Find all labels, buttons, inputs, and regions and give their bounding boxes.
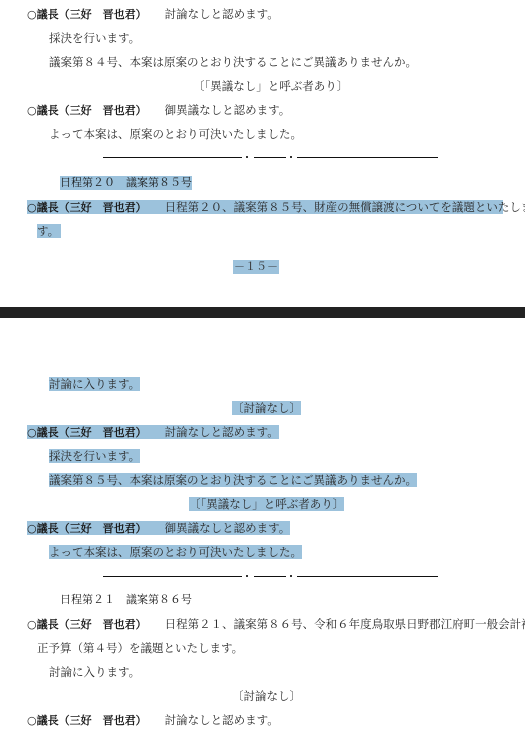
speech-line: ○議長（三好 晋也君）御異議なしと認めます。 bbox=[27, 103, 290, 117]
speaker-label: ○議長（三好 晋也君） bbox=[27, 714, 147, 727]
speech-line: ○議長（三好 晋也君）御異議なしと認めます。 bbox=[27, 521, 290, 535]
speaker-label: ○議長（三好 晋也君） bbox=[27, 201, 147, 214]
text-line-continuation: す。 bbox=[37, 224, 61, 238]
text-line: 採決を行います。 bbox=[49, 31, 140, 45]
text-line: 採決を行います。 bbox=[49, 449, 140, 463]
speech-text: 討論なしと認めます。 bbox=[165, 7, 279, 21]
agenda-heading: 日程第２１ 議案第８６号 bbox=[60, 593, 192, 607]
page-break bbox=[0, 307, 525, 318]
separator-line bbox=[297, 157, 438, 158]
speech-text: 御異議なしと認めます。 bbox=[165, 103, 291, 117]
text-line-continuation: 正予算（第４号）を議題といたします。 bbox=[37, 641, 243, 655]
text-line: 討論に入ります。 bbox=[49, 665, 140, 679]
agenda-heading: 日程第２０ 議案第８５号 bbox=[60, 176, 192, 190]
speech-text: 討論なしと認めます。 bbox=[165, 425, 279, 439]
text-line: よって本案は、原案のとおり可決いたしました。 bbox=[49, 545, 302, 559]
speech-text: 御異議なしと認めます。 bbox=[165, 521, 291, 535]
speaker-label: ○議長（三好 晋也君） bbox=[27, 104, 147, 117]
separator-dot bbox=[290, 156, 292, 158]
speech-line: ○議長（三好 晋也君）討論なしと認めます。 bbox=[27, 425, 279, 439]
document-page-15: ○議長（三好 晋也君）討論なしと認めます。 採決を行います。 議案第８４号、本案… bbox=[0, 0, 525, 307]
text-line: 議案第８４号、本案は原案のとおり決することにご異議ありませんか。 bbox=[49, 55, 417, 69]
page-number: －１５－ bbox=[233, 260, 279, 274]
speaker-label: ○議長（三好 晋也君） bbox=[27, 522, 147, 535]
separator-line bbox=[297, 576, 438, 577]
separator-dot bbox=[246, 156, 248, 158]
text-line: よって本案は、原案のとおり可決いたしました。 bbox=[49, 127, 302, 141]
stage-direction: 〔討論なし〕 bbox=[232, 689, 301, 703]
text-line: 議案第８５号、本案は原案のとおり決することにご異議ありませんか。 bbox=[49, 473, 417, 487]
speaker-label: ○議長（三好 晋也君） bbox=[27, 618, 147, 631]
separator-line bbox=[103, 157, 242, 158]
speech-text: 討論なしと認めます。 bbox=[165, 713, 279, 727]
separator-line bbox=[254, 576, 286, 577]
speech-text: 日程第２１、議案第８６号、令和６年度鳥取県日野郡江府町一般会計補 bbox=[165, 617, 525, 631]
speech-line: ○議長（三好 晋也君）日程第２１、議案第８６号、令和６年度鳥取県日野郡江府町一般… bbox=[27, 617, 525, 631]
stage-direction: 〔「異議なし」と呼ぶ者あり〕 bbox=[189, 497, 344, 511]
document-page-16: 討論に入ります。 〔討論なし〕 ○議長（三好 晋也君）討論なしと認めます。 採決… bbox=[0, 318, 525, 736]
speech-text: 日程第２０、議案第８５号、財産の無償譲渡についてを議題といたしま bbox=[165, 200, 525, 214]
text-line: 討論に入ります。 bbox=[49, 377, 140, 391]
speech-line: ○議長（三好 晋也君）討論なしと認めます。 bbox=[27, 713, 279, 727]
stage-direction: 〔討論なし〕 bbox=[232, 401, 301, 415]
speaker-label: ○議長（三好 晋也君） bbox=[27, 426, 147, 439]
stage-direction: 〔「異議なし」と呼ぶ者あり〕 bbox=[193, 79, 348, 93]
speech-line: ○議長（三好 晋也君）討論なしと認めます。 bbox=[27, 7, 279, 21]
separator-line bbox=[254, 157, 286, 158]
separator-dot bbox=[290, 575, 292, 577]
separator-dot bbox=[246, 575, 248, 577]
separator-line bbox=[103, 576, 242, 577]
speaker-label: ○議長（三好 晋也君） bbox=[27, 8, 147, 21]
speech-line: ○議長（三好 晋也君）日程第２０、議案第８５号、財産の無償譲渡についてを議題とい… bbox=[27, 200, 503, 214]
